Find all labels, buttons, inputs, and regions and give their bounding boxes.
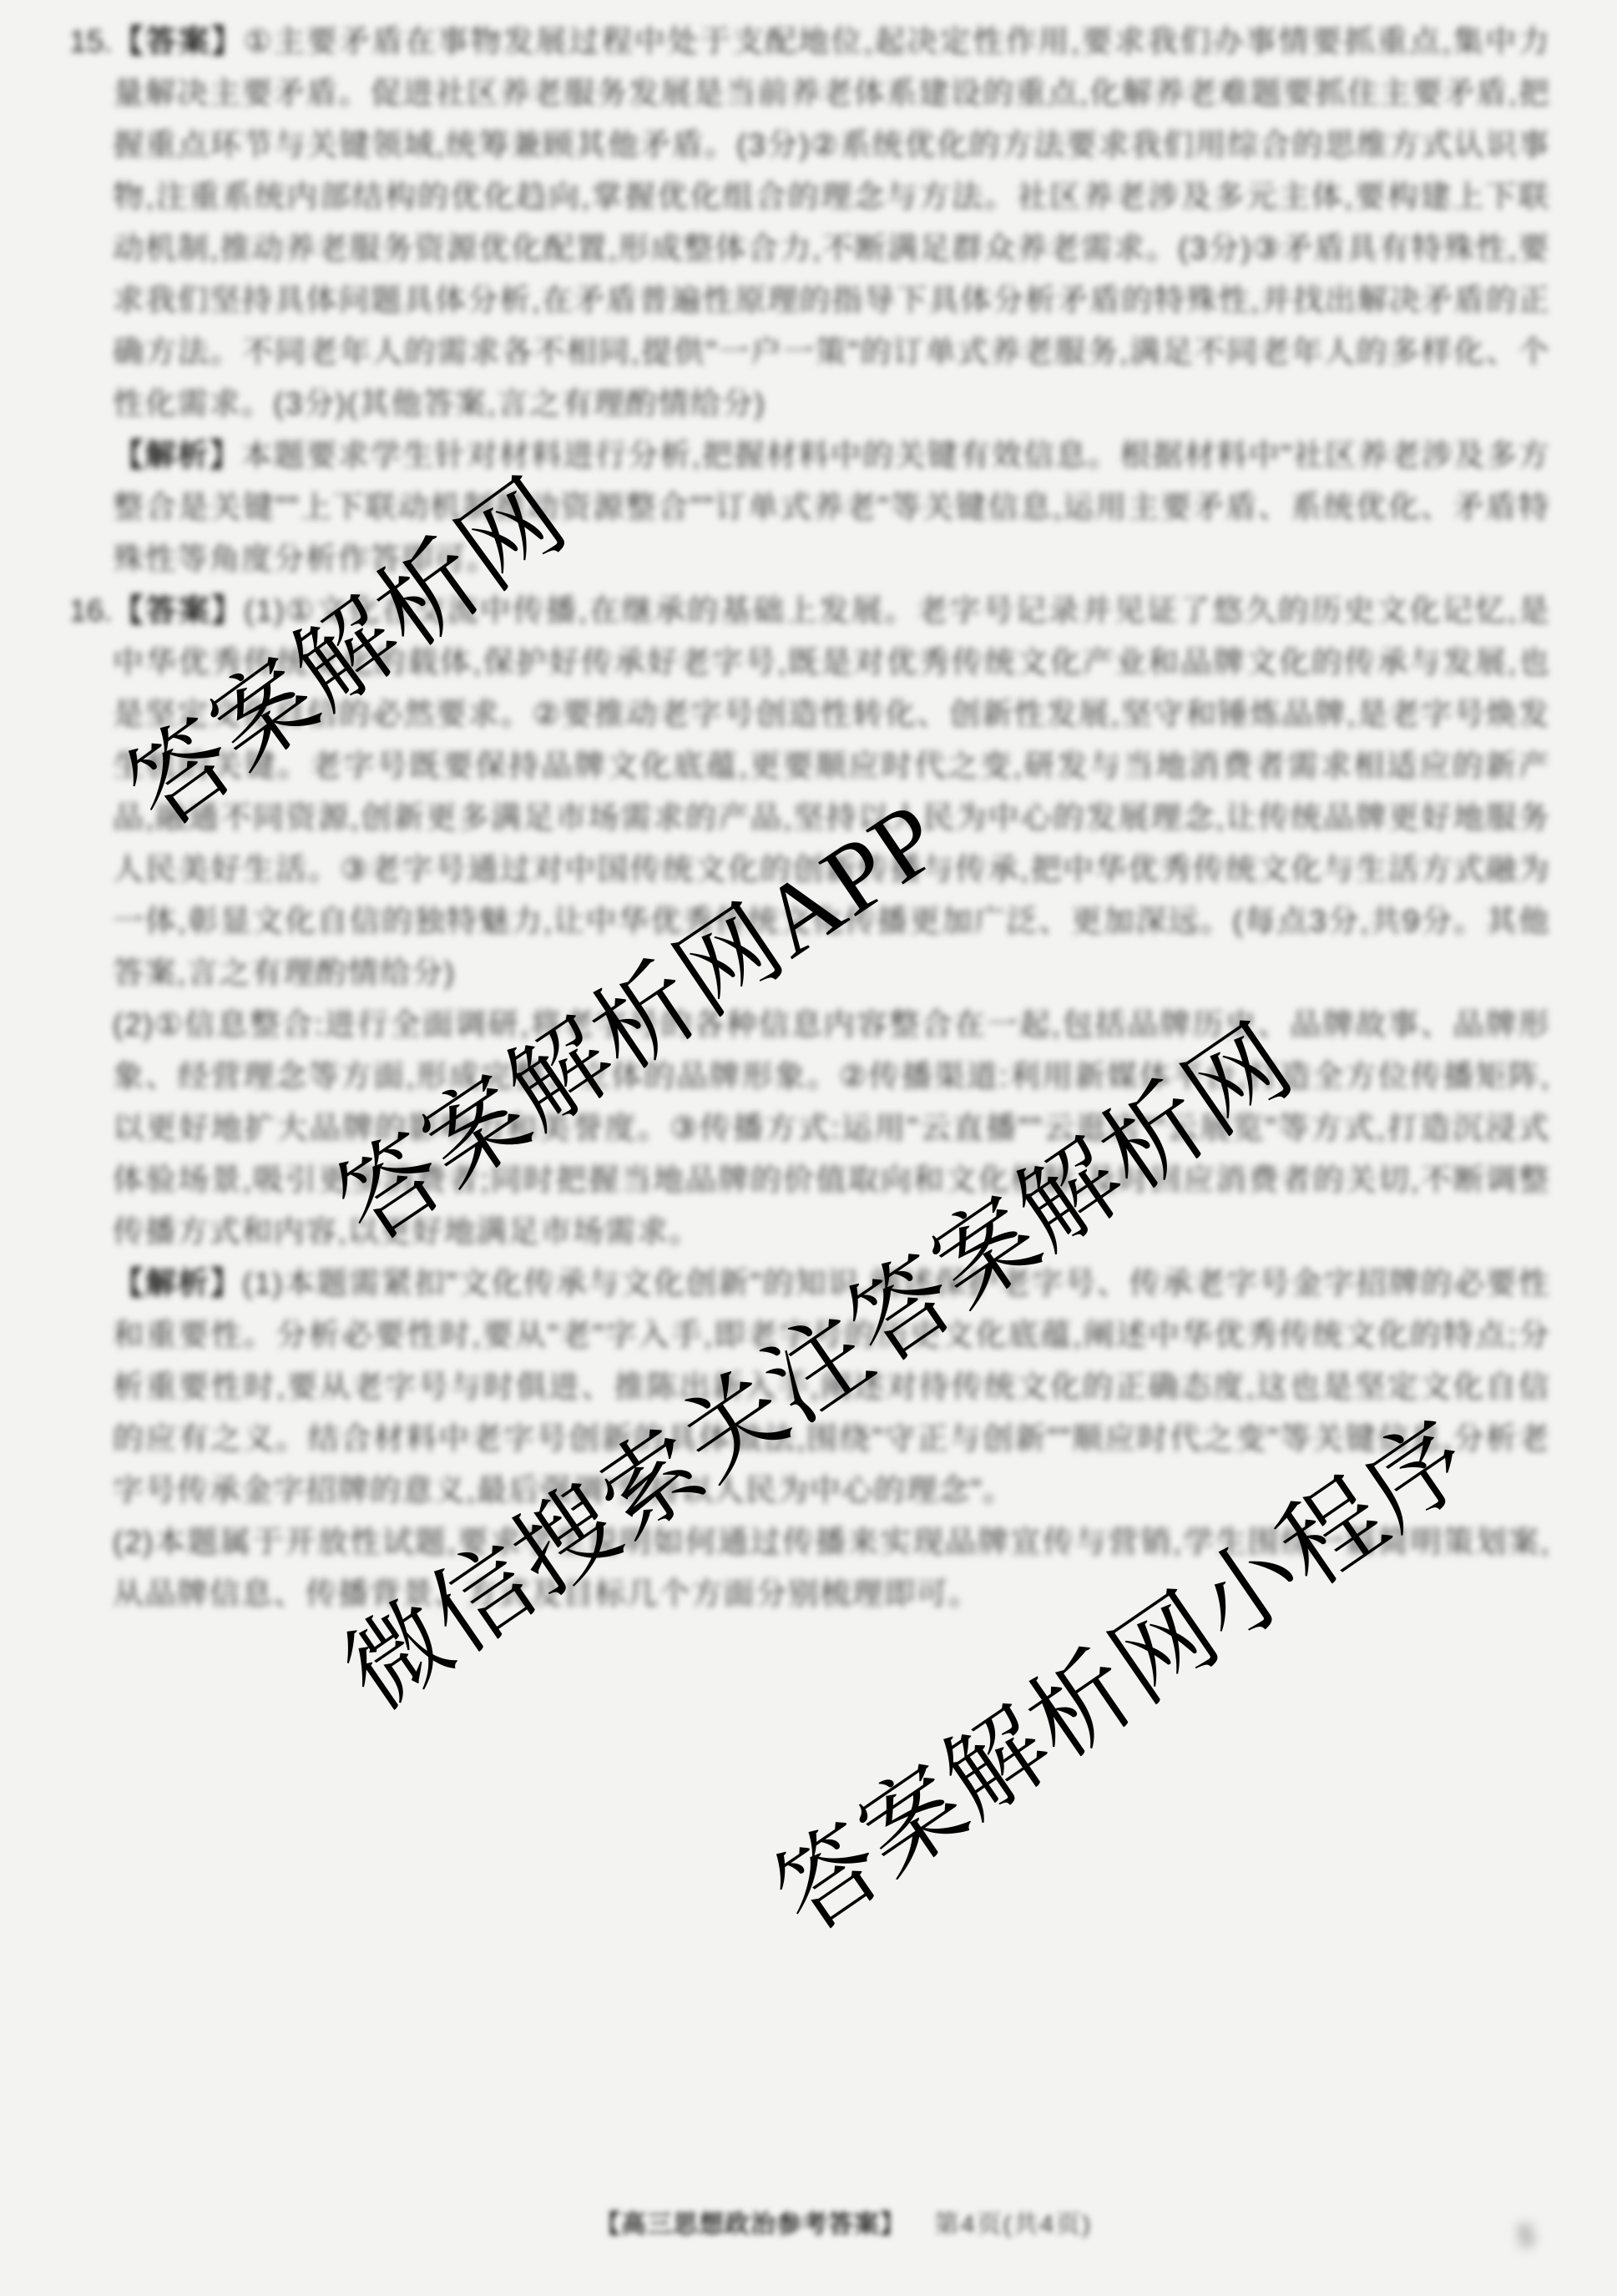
analysis-label: 【解析】 [113, 1266, 242, 1300]
footer-page-number: 第4页(共4页) [934, 2211, 1092, 2238]
page-footer: 【高三思想政治参考答案】第4页(共4页) [595, 2203, 1092, 2240]
answer-block-16-part2: (2)①信息整合:进行全面调研,将老字号的各种信息内容整合在一起,包括品牌历史、… [113, 999, 1550, 1258]
answer-text: ①主要矛盾在事物发展过程中处于支配地位,起决定性作用,要求我们办事情要抓重点,集… [113, 24, 1550, 421]
footer-title: 【高三思想政治参考答案】 [595, 2211, 906, 2238]
answer-block-15: 15.【答案】①主要矛盾在事物发展过程中处于支配地位,起决定性作用,要求我们办事… [113, 16, 1550, 430]
analysis-label: 【解析】 [113, 438, 241, 472]
page-corner-mark: 5 [1518, 2218, 1534, 2253]
answer-text: (2)①信息整合:进行全面调研,将老字号的各种信息内容整合在一起,包括品牌历史、… [113, 1007, 1550, 1249]
answer-label: 【答案】 [113, 24, 244, 58]
analysis-block-15: 【解析】本题要求学生针对材料进行分析,把握材料中的关键有效信息。根据材料中"社区… [113, 430, 1550, 585]
answer-label: 【答案】 [113, 593, 244, 628]
item-number: 16. [69, 585, 112, 637]
item-number: 15. [69, 16, 112, 68]
answer-sheet-page: 15.【答案】①主要矛盾在事物发展过程中处于支配地位,起决定性作用,要求我们办事… [0, 0, 1617, 2296]
analysis-text: 本题要求学生针对材料进行分析,把握材料中的关键有效信息。根据材料中"社区养老涉及… [113, 438, 1550, 576]
